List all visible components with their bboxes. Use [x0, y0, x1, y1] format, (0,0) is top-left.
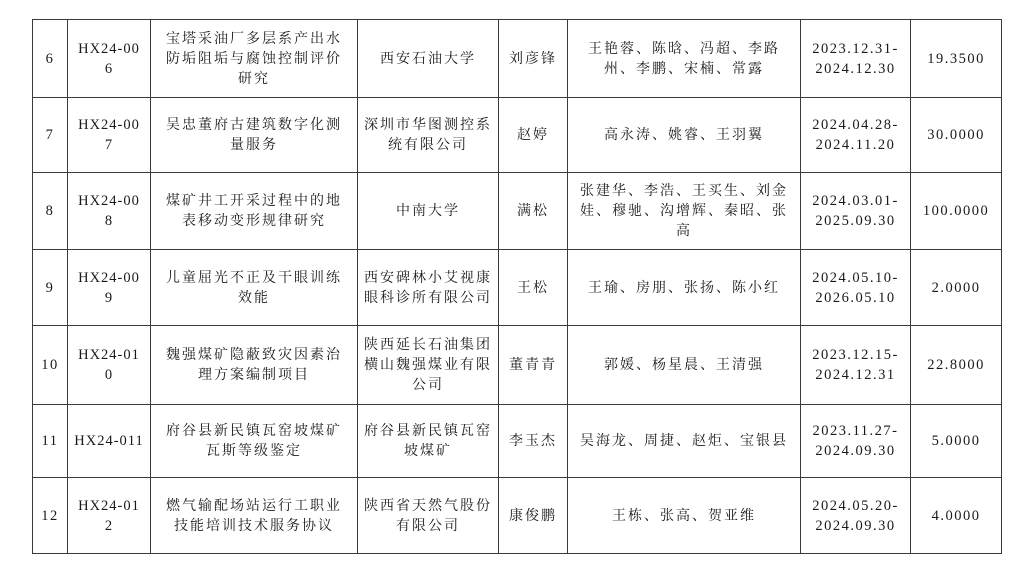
project-leader: 康俊鹏: [499, 478, 568, 554]
period-start: 2023.12.15-: [807, 345, 904, 365]
project-title: 魏强煤矿隐蔽致灾因素治理方案编制项目: [151, 326, 358, 405]
project-code: HX24-007: [68, 98, 151, 173]
project-members: 郭媛、杨星晨、王清强: [568, 326, 801, 405]
row-number: 9: [33, 250, 68, 326]
project-period: 2024.04.28- 2024.11.20: [801, 98, 911, 173]
period-start: 2023.11.27-: [807, 421, 904, 441]
project-leader: 刘彦锋: [499, 20, 568, 98]
project-title: 宝塔采油厂多层系产出水防垢阻垢与腐蚀控制评价研究: [151, 20, 358, 98]
project-code: HX24-012: [68, 478, 151, 554]
project-code: HX24-008: [68, 173, 151, 250]
project-period: 2023.12.31- 2024.12.30: [801, 20, 911, 98]
project-title: 燃气输配场站运行工职业技能培训技术服务协议: [151, 478, 358, 554]
project-leader: 赵婷: [499, 98, 568, 173]
table-row: 8 HX24-008 煤矿井工开采过程中的地表移动变形规律研究 中南大学 满松 …: [33, 173, 1002, 250]
project-members: 高永涛、姚睿、王羽翼: [568, 98, 801, 173]
project-title: 儿童屈光不正及干眼训练效能: [151, 250, 358, 326]
project-unit: 中南大学: [358, 173, 499, 250]
project-members: 张建华、李浩、王买生、刘金娃、穆驰、沟增辉、秦昭、张高: [568, 173, 801, 250]
table-row: 10 HX24-010 魏强煤矿隐蔽致灾因素治理方案编制项目 陕西延长石油集团横…: [33, 326, 1002, 405]
project-period: 2023.11.27- 2024.09.30: [801, 405, 911, 478]
project-members: 王瑜、房朋、张扬、陈小红: [568, 250, 801, 326]
project-unit: 西安碑林小艾视康眼科诊所有限公司: [358, 250, 499, 326]
project-unit: 深圳市华图测控系统有限公司: [358, 98, 499, 173]
project-leader: 李玉杰: [499, 405, 568, 478]
period-start: 2024.05.10-: [807, 268, 904, 288]
project-code: HX24-011: [68, 405, 151, 478]
project-title: 府谷县新民镇瓦窑坡煤矿瓦斯等级鉴定: [151, 405, 358, 478]
table-row: 6 HX24-006 宝塔采油厂多层系产出水防垢阻垢与腐蚀控制评价研究 西安石油…: [33, 20, 1002, 98]
project-unit: 陕西省天然气股份有限公司: [358, 478, 499, 554]
period-end: 2024.11.20: [807, 135, 904, 155]
projects-table: 6 HX24-006 宝塔采油厂多层系产出水防垢阻垢与腐蚀控制评价研究 西安石油…: [32, 19, 1002, 554]
period-start: 2024.04.28-: [807, 115, 904, 135]
project-amount: 19.3500: [911, 20, 1002, 98]
project-amount: 30.0000: [911, 98, 1002, 173]
project-members: 王栋、张高、贺亚维: [568, 478, 801, 554]
period-start: 2023.12.31-: [807, 39, 904, 59]
project-amount: 4.0000: [911, 478, 1002, 554]
project-title: 吴忠董府古建筑数字化测量服务: [151, 98, 358, 173]
project-title: 煤矿井工开采过程中的地表移动变形规律研究: [151, 173, 358, 250]
table-row: 9 HX24-009 儿童屈光不正及干眼训练效能 西安碑林小艾视康眼科诊所有限公…: [33, 250, 1002, 326]
period-end: 2026.05.10: [807, 288, 904, 308]
project-period: 2023.12.15- 2024.12.31: [801, 326, 911, 405]
project-members: 吴海龙、周捷、赵炬、宝银县: [568, 405, 801, 478]
period-end: 2024.09.30: [807, 516, 904, 536]
project-leader: 满松: [499, 173, 568, 250]
project-members: 王艳蓉、陈晗、冯超、李路州、李鹏、宋楠、常露: [568, 20, 801, 98]
project-amount: 100.0000: [911, 173, 1002, 250]
project-code: HX24-009: [68, 250, 151, 326]
project-period: 2024.05.20- 2024.09.30: [801, 478, 911, 554]
project-unit: 陕西延长石油集团横山魏强煤业有限公司: [358, 326, 499, 405]
row-number: 8: [33, 173, 68, 250]
project-code: HX24-006: [68, 20, 151, 98]
row-number: 7: [33, 98, 68, 173]
row-number: 10: [33, 326, 68, 405]
period-end: 2024.12.31: [807, 365, 904, 385]
table-row: 11 HX24-011 府谷县新民镇瓦窑坡煤矿瓦斯等级鉴定 府谷县新民镇瓦窑坡煤…: [33, 405, 1002, 478]
table-row: 12 HX24-012 燃气输配场站运行工职业技能培训技术服务协议 陕西省天然气…: [33, 478, 1002, 554]
project-leader: 王松: [499, 250, 568, 326]
period-end: 2025.09.30: [807, 211, 904, 231]
period-end: 2024.12.30: [807, 59, 904, 79]
row-number: 11: [33, 405, 68, 478]
row-number: 12: [33, 478, 68, 554]
project-unit: 西安石油大学: [358, 20, 499, 98]
project-amount: 5.0000: [911, 405, 1002, 478]
period-start: 2024.05.20-: [807, 496, 904, 516]
project-amount: 2.0000: [911, 250, 1002, 326]
table-row: 7 HX24-007 吴忠董府古建筑数字化测量服务 深圳市华图测控系统有限公司 …: [33, 98, 1002, 173]
project-unit: 府谷县新民镇瓦窑坡煤矿: [358, 405, 499, 478]
project-leader: 董青青: [499, 326, 568, 405]
period-end: 2024.09.30: [807, 441, 904, 461]
project-period: 2024.05.10- 2026.05.10: [801, 250, 911, 326]
period-start: 2024.03.01-: [807, 191, 904, 211]
row-number: 6: [33, 20, 68, 98]
project-period: 2024.03.01- 2025.09.30: [801, 173, 911, 250]
project-code: HX24-010: [68, 326, 151, 405]
project-amount: 22.8000: [911, 326, 1002, 405]
